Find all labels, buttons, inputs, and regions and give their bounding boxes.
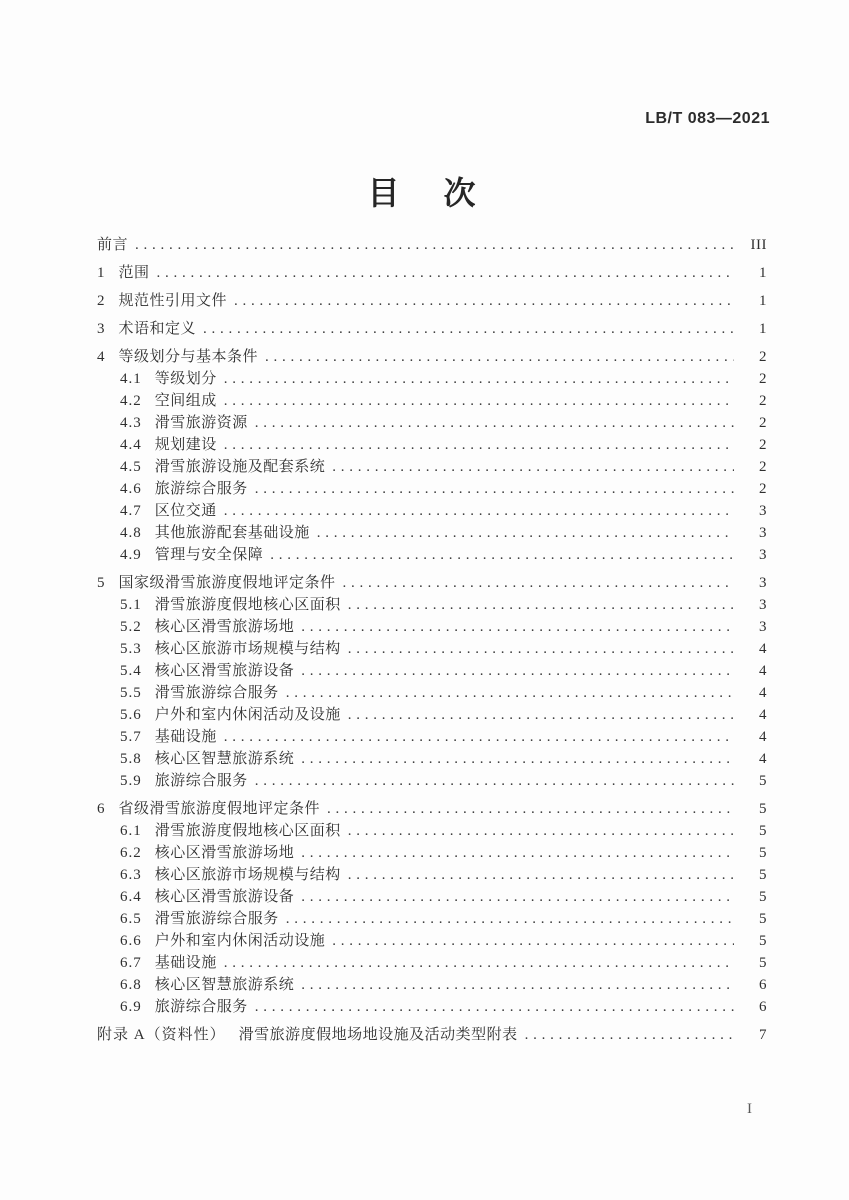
toc-leader-dots xyxy=(348,864,734,886)
toc-entry-number: 4.4 xyxy=(120,434,142,456)
toc-entry-number: 1 xyxy=(97,262,106,284)
toc-entry-number: 4.8 xyxy=(120,522,142,544)
toc-entry-number: 4.6 xyxy=(120,478,142,500)
toc-entry-title: 规划建设 xyxy=(155,434,217,456)
toc-entry: 6.6户外和室内休闲活动设施5 xyxy=(97,930,767,952)
toc-entry-number: 4.5 xyxy=(120,456,142,478)
toc-entry: 6.9旅游综合服务6 xyxy=(97,996,767,1018)
toc-entry-title: 等级划分与基本条件 xyxy=(119,346,259,368)
toc-leader-dots xyxy=(348,820,734,842)
toc-entry: 2规范性引用文件1 xyxy=(97,290,767,312)
toc-entry-title: 管理与安全保障 xyxy=(155,544,264,566)
toc-list: 前言III1范围12规范性引用文件13术语和定义14等级划分与基本条件24.1等… xyxy=(97,234,767,1046)
toc-entry-page: 3 xyxy=(741,594,767,616)
toc-entry: 5.9旅游综合服务5 xyxy=(97,770,767,792)
toc-entry-title: 国家级滑雪旅游度假地评定条件 xyxy=(119,572,336,594)
toc-entry-page: 3 xyxy=(741,522,767,544)
toc-entry-page: 5 xyxy=(741,864,767,886)
toc-entry: 5.5滑雪旅游综合服务4 xyxy=(97,682,767,704)
toc-leader-dots xyxy=(301,660,734,682)
toc-entry: 前言III xyxy=(97,234,767,256)
toc-entry: 4.9管理与安全保障3 xyxy=(97,544,767,566)
toc-entry-page: 3 xyxy=(741,500,767,522)
toc-entry-page: 5 xyxy=(741,842,767,864)
toc-entry-number: 5.3 xyxy=(120,638,142,660)
toc-entry-title: 省级滑雪旅游度假地评定条件 xyxy=(119,798,321,820)
toc-leader-dots xyxy=(224,368,734,390)
toc-leader-dots xyxy=(301,616,734,638)
toc-entry: 5.2核心区滑雪旅游场地3 xyxy=(97,616,767,638)
toc-leader-dots xyxy=(327,798,734,820)
toc-entry-page: 4 xyxy=(741,704,767,726)
toc-entry: 4.7区位交通3 xyxy=(97,500,767,522)
toc-entry-page: 4 xyxy=(741,660,767,682)
toc-entry-page: 2 xyxy=(741,478,767,500)
toc-entry-page: 5 xyxy=(741,886,767,908)
toc-entry-page: 2 xyxy=(741,456,767,478)
toc-leader-dots xyxy=(332,930,734,952)
toc-entry-number: 2 xyxy=(97,290,106,312)
toc-entry-number: 4 xyxy=(97,346,106,368)
toc-entry-number: 4.2 xyxy=(120,390,142,412)
toc-entry-title: 核心区滑雪旅游设备 xyxy=(155,886,295,908)
toc-entry-number: 5.5 xyxy=(120,682,142,704)
toc-entry: 5.8核心区智慧旅游系统4 xyxy=(97,748,767,770)
toc-entry-number: 附录 A（资料性） xyxy=(97,1024,226,1046)
toc-entry-number: 6.8 xyxy=(120,974,142,996)
toc-entry: 6.1滑雪旅游度假地核心区面积5 xyxy=(97,820,767,842)
toc-entry-title: 户外和室内休闲活动设施 xyxy=(155,930,326,952)
toc-entry-page: 6 xyxy=(741,996,767,1018)
toc-entry: 5.1滑雪旅游度假地核心区面积3 xyxy=(97,594,767,616)
toc-entry-page: 4 xyxy=(741,748,767,770)
toc-entry-number: 5.7 xyxy=(120,726,142,748)
toc-leader-dots xyxy=(332,456,734,478)
toc-leader-dots xyxy=(348,704,734,726)
toc-entry-page: 1 xyxy=(741,318,767,340)
toc-leader-dots xyxy=(301,974,734,996)
toc-leader-dots xyxy=(255,478,734,500)
toc-entry: 4等级划分与基本条件2 xyxy=(97,346,767,368)
toc-entry-number: 5 xyxy=(97,572,106,594)
toc-entry-page: 4 xyxy=(741,682,767,704)
toc-entry: 4.5滑雪旅游设施及配套系统2 xyxy=(97,456,767,478)
toc-entry-number: 4.9 xyxy=(120,544,142,566)
toc-entry-title: 术语和定义 xyxy=(119,318,197,340)
toc-entry-page: 2 xyxy=(741,368,767,390)
toc-entry-page: 2 xyxy=(741,346,767,368)
toc-entry-page: 5 xyxy=(741,770,767,792)
toc-entry-number: 6.1 xyxy=(120,820,142,842)
toc-entry: 附录 A（资料性）滑雪旅游度假地场地设施及活动类型附表7 xyxy=(97,1024,767,1046)
toc-entry-number: 6.4 xyxy=(120,886,142,908)
toc-entry-number: 5.4 xyxy=(120,660,142,682)
toc-leader-dots xyxy=(286,908,734,930)
toc-leader-dots xyxy=(348,594,734,616)
toc-entry-number: 4.1 xyxy=(120,368,142,390)
toc-leader-dots xyxy=(135,234,734,256)
toc-entry-title: 滑雪旅游设施及配套系统 xyxy=(155,456,326,478)
toc-entry-page: 5 xyxy=(741,820,767,842)
toc-entry-title: 核心区滑雪旅游设备 xyxy=(155,660,295,682)
toc-entry-number: 5.9 xyxy=(120,770,142,792)
toc-entry-title: 滑雪旅游度假地场地设施及活动类型附表 xyxy=(239,1024,518,1046)
toc-entry-page: 2 xyxy=(741,434,767,456)
toc-entry: 4.1等级划分2 xyxy=(97,368,767,390)
toc-entry: 4.6旅游综合服务2 xyxy=(97,478,767,500)
toc-entry-number: 4.3 xyxy=(120,412,142,434)
toc-leader-dots xyxy=(301,842,734,864)
toc-entry-number: 3 xyxy=(97,318,106,340)
toc-entry-number: 6 xyxy=(97,798,106,820)
toc-entry: 1范围1 xyxy=(97,262,767,284)
toc-entry-number: 4.7 xyxy=(120,500,142,522)
footer-page-number: I xyxy=(747,1101,752,1118)
toc-entry: 4.8其他旅游配套基础设施3 xyxy=(97,522,767,544)
toc-entry-number: 6.9 xyxy=(120,996,142,1018)
toc-entry-number: 6.5 xyxy=(120,908,142,930)
toc-leader-dots xyxy=(317,522,734,544)
toc-entry-page: 2 xyxy=(741,390,767,412)
toc-entry-title: 滑雪旅游度假地核心区面积 xyxy=(155,594,341,616)
standard-code: LB/T 083—2021 xyxy=(645,110,770,128)
toc-entry-number: 6.2 xyxy=(120,842,142,864)
toc-entry-number: 5.2 xyxy=(120,616,142,638)
toc-entry-page: 5 xyxy=(741,798,767,820)
toc-entry-title: 范围 xyxy=(119,262,150,284)
toc-entry: 5.4核心区滑雪旅游设备4 xyxy=(97,660,767,682)
toc-leader-dots xyxy=(343,572,734,594)
toc-entry: 4.3滑雪旅游资源2 xyxy=(97,412,767,434)
toc-entry-title: 户外和室内休闲活动及设施 xyxy=(155,704,341,726)
toc-entry: 5.6户外和室内休闲活动及设施4 xyxy=(97,704,767,726)
toc-entry-number: 5.6 xyxy=(120,704,142,726)
toc-entry-title: 滑雪旅游度假地核心区面积 xyxy=(155,820,341,842)
toc-entry-title: 核心区智慧旅游系统 xyxy=(155,974,295,996)
toc-leader-dots xyxy=(224,390,734,412)
toc-entry: 6.2核心区滑雪旅游场地5 xyxy=(97,842,767,864)
toc-entry-page: 6 xyxy=(741,974,767,996)
toc-entry-page: 5 xyxy=(741,930,767,952)
toc-entry-page: 1 xyxy=(741,290,767,312)
toc-entry-page: 4 xyxy=(741,638,767,660)
toc-entry-title: 区位交通 xyxy=(155,500,217,522)
toc-entry: 5.7基础设施4 xyxy=(97,726,767,748)
toc-leader-dots xyxy=(525,1024,734,1046)
toc-leader-dots xyxy=(255,996,734,1018)
toc-entry-number: 5.8 xyxy=(120,748,142,770)
toc-leader-dots xyxy=(224,434,734,456)
toc-entry: 6.4核心区滑雪旅游设备5 xyxy=(97,886,767,908)
toc-leader-dots xyxy=(301,886,734,908)
toc-entry-title: 其他旅游配套基础设施 xyxy=(155,522,310,544)
toc-entry-page: III xyxy=(741,234,767,256)
toc-entry-title: 滑雪旅游综合服务 xyxy=(155,908,279,930)
toc-entry-title: 旅游综合服务 xyxy=(155,996,248,1018)
toc-entry: 6.8核心区智慧旅游系统6 xyxy=(97,974,767,996)
toc-entry-title: 等级划分 xyxy=(155,368,217,390)
page-title: 目 次 xyxy=(0,168,849,214)
toc-entry-number: 6.3 xyxy=(120,864,142,886)
toc-leader-dots xyxy=(234,290,734,312)
toc-leader-dots xyxy=(270,544,734,566)
toc-leader-dots xyxy=(224,500,734,522)
toc-leader-dots xyxy=(255,412,734,434)
toc-leader-dots xyxy=(348,638,734,660)
toc-entry-page: 1 xyxy=(741,262,767,284)
toc-entry-title: 旅游综合服务 xyxy=(155,478,248,500)
toc-entry-title: 旅游综合服务 xyxy=(155,770,248,792)
toc-entry-title: 空间组成 xyxy=(155,390,217,412)
toc-leader-dots xyxy=(286,682,734,704)
toc-entry-page: 2 xyxy=(741,412,767,434)
toc-entry-title: 基础设施 xyxy=(155,952,217,974)
toc-entry: 5.3核心区旅游市场规模与结构4 xyxy=(97,638,767,660)
toc-entry-title: 规范性引用文件 xyxy=(119,290,228,312)
toc-entry-title: 滑雪旅游综合服务 xyxy=(155,682,279,704)
toc-entry-title: 基础设施 xyxy=(155,726,217,748)
toc-entry-page: 7 xyxy=(741,1024,767,1046)
toc-entry-page: 5 xyxy=(741,952,767,974)
toc-leader-dots xyxy=(224,726,734,748)
toc-entry: 3术语和定义1 xyxy=(97,318,767,340)
toc-leader-dots xyxy=(203,318,734,340)
toc-entry-title: 核心区旅游市场规模与结构 xyxy=(155,864,341,886)
toc-entry-page: 3 xyxy=(741,616,767,638)
toc-entry-number: 6.7 xyxy=(120,952,142,974)
toc-entry: 6.3核心区旅游市场规模与结构5 xyxy=(97,864,767,886)
toc-entry-number: 5.1 xyxy=(120,594,142,616)
toc-entry-page: 3 xyxy=(741,572,767,594)
toc-entry: 4.2空间组成2 xyxy=(97,390,767,412)
toc-entry: 6.7基础设施5 xyxy=(97,952,767,974)
toc-entry-title: 滑雪旅游资源 xyxy=(155,412,248,434)
toc-entry-title: 核心区滑雪旅游场地 xyxy=(155,616,295,638)
toc-entry: 5国家级滑雪旅游度假地评定条件3 xyxy=(97,572,767,594)
toc-entry-page: 5 xyxy=(741,908,767,930)
toc-entry: 6省级滑雪旅游度假地评定条件5 xyxy=(97,798,767,820)
toc-entry-title: 核心区旅游市场规模与结构 xyxy=(155,638,341,660)
toc-entry-title: 核心区滑雪旅游场地 xyxy=(155,842,295,864)
toc-entry-title: 前言 xyxy=(97,234,128,256)
toc-leader-dots xyxy=(157,262,734,284)
toc-entry: 6.5滑雪旅游综合服务5 xyxy=(97,908,767,930)
toc-leader-dots xyxy=(224,952,734,974)
toc-entry-page: 3 xyxy=(741,544,767,566)
toc-entry-page: 4 xyxy=(741,726,767,748)
toc-entry-number: 6.6 xyxy=(120,930,142,952)
toc-leader-dots xyxy=(265,346,734,368)
toc-entry-title: 核心区智慧旅游系统 xyxy=(155,748,295,770)
toc-leader-dots xyxy=(255,770,734,792)
toc-leader-dots xyxy=(301,748,734,770)
document-page: LB/T 083—2021 目 次 前言III1范围12规范性引用文件13术语和… xyxy=(0,0,849,1200)
toc-entry: 4.4规划建设2 xyxy=(97,434,767,456)
